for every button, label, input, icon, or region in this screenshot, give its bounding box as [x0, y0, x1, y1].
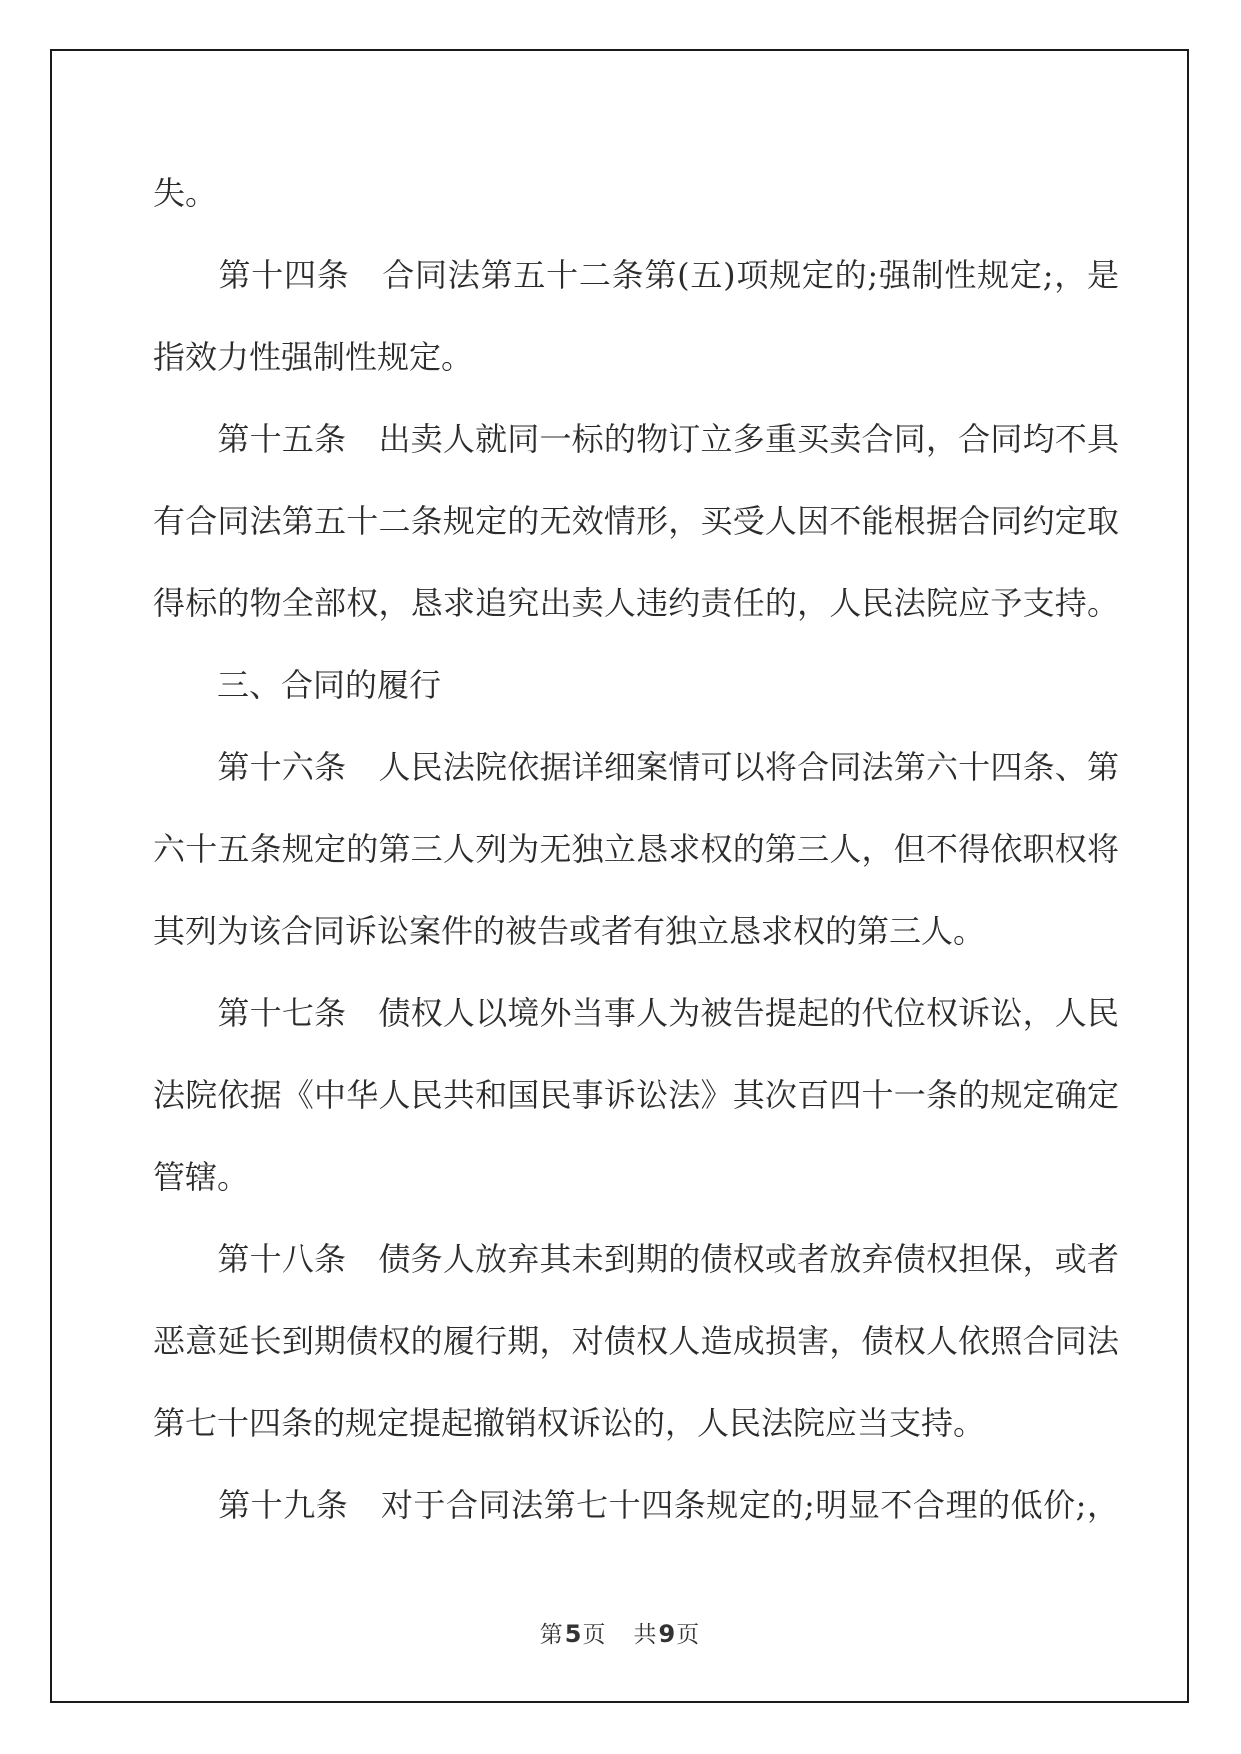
- page-number-total: 共9页: [634, 1622, 702, 1648]
- page-number-current-suffix: 页: [583, 1622, 608, 1648]
- page-number-current-value: 5: [565, 1620, 583, 1648]
- page-footer: 第5页共9页: [0, 1616, 1241, 1649]
- document-body: 失。 第十四条 合同法第五十二条第(五)项规定的;强制性规定;，是指效力性强制性…: [153, 152, 1119, 1546]
- text-line: 指效力性强制性规定。: [153, 316, 1119, 398]
- text-line: 得标的物全部权，恳求追究出卖人违约责任的，人民法院应予支持。: [153, 562, 1119, 644]
- page-number-current-prefix: 第: [540, 1622, 565, 1648]
- text-line: 第七十四条的规定提起撤销权诉讼的，人民法院应当支持。: [153, 1382, 1119, 1464]
- text-line: 第十六条 人民法院依据详细案情可以将合同法第六十四条、第: [153, 726, 1119, 808]
- page-number-total-value: 9: [659, 1620, 677, 1648]
- text-line: 第十四条 合同法第五十二条第(五)项规定的;强制性规定;，是: [153, 234, 1119, 316]
- text-line: 管辖。: [153, 1136, 1119, 1218]
- text-line: 三、合同的履行: [153, 644, 1119, 726]
- text-line: 其列为该合同诉讼案件的被告或者有独立恳求权的第三人。: [153, 890, 1119, 972]
- page-number-total-suffix: 页: [676, 1622, 701, 1648]
- text-line: 第十五条 出卖人就同一标的物订立多重买卖合同，合同均不具: [153, 398, 1119, 480]
- document-page: { "page": { "background": "#ffffff", "bo…: [0, 0, 1241, 1754]
- page-number-total-prefix: 共: [634, 1622, 659, 1648]
- text-line: 第十九条 对于合同法第七十四条规定的;明显不合理的低价;，: [153, 1464, 1119, 1546]
- text-line: 第十八条 债务人放弃其未到期的债权或者放弃债权担保，或者: [153, 1218, 1119, 1300]
- page-number-current: 第5页: [540, 1622, 608, 1648]
- text-line: 法院依据《中华人民共和国民事诉讼法》其次百四十一条的规定确定: [153, 1054, 1119, 1136]
- text-line: 恶意延长到期债权的履行期，对债权人造成损害，债权人依照合同法: [153, 1300, 1119, 1382]
- text-line: 第十七条 债权人以境外当事人为被告提起的代位权诉讼，人民: [153, 972, 1119, 1054]
- text-line: 有合同法第五十二条规定的无效情形，买受人因不能根据合同约定取: [153, 480, 1119, 562]
- text-line: 失。: [153, 152, 1119, 234]
- text-line: 六十五条规定的第三人列为无独立恳求权的第三人，但不得依职权将: [153, 808, 1119, 890]
